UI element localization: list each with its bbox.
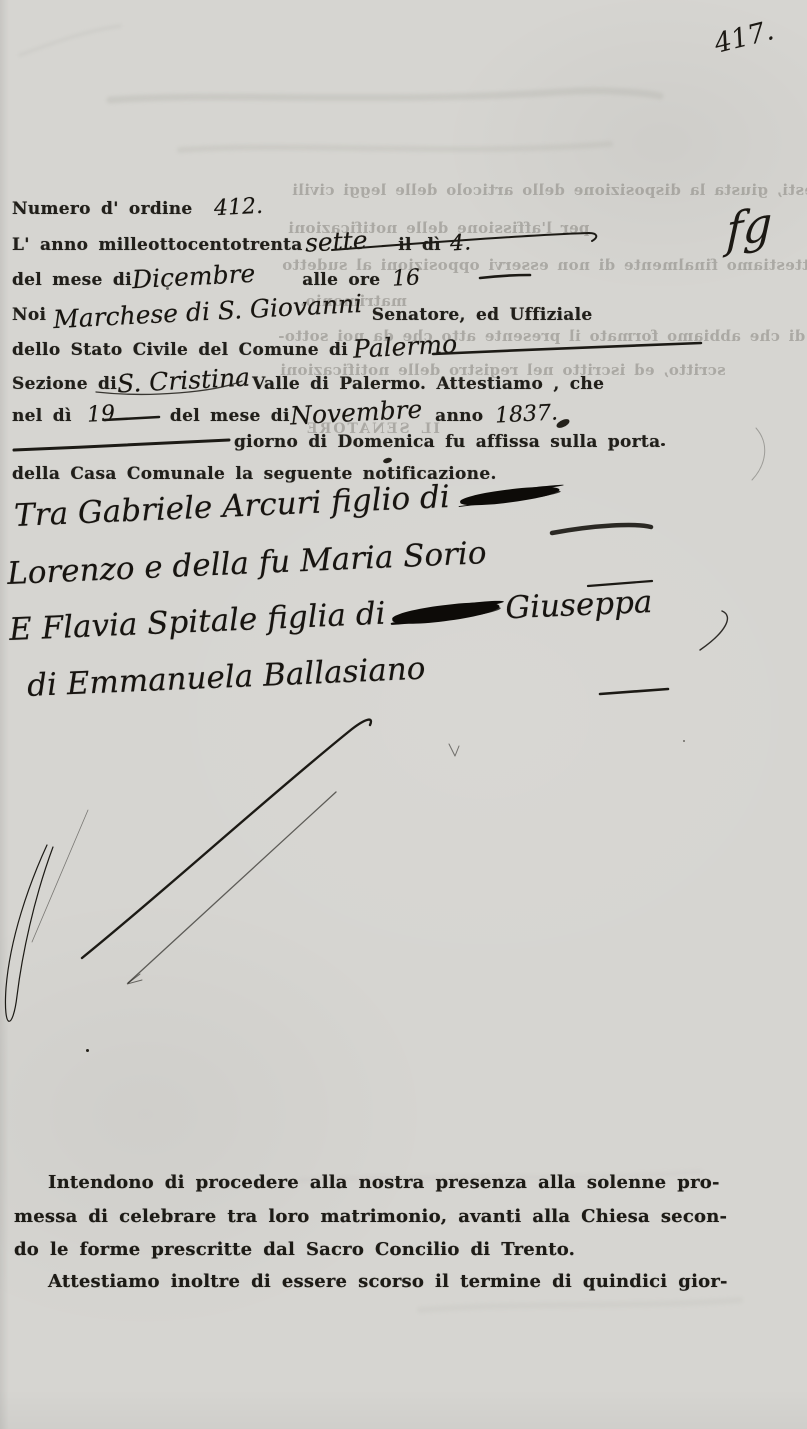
paragraph-line: Intendono di procedere alla nostra prese… xyxy=(48,1172,720,1193)
bleedthrough-line: fu richiesti, giusta la disposizione del… xyxy=(292,181,807,199)
paragraph-line: messa di celebrare tra loro matrimonio, … xyxy=(14,1206,727,1227)
handwritten-hour: 16 xyxy=(391,265,420,291)
printed-alle-ore: alle ore xyxy=(302,270,380,290)
printed-il-di: il dì xyxy=(398,235,441,255)
handwritten-text: Tra Gabriele Arcuri figlio di xyxy=(13,479,450,534)
ink-blot xyxy=(383,457,393,464)
ink-speck xyxy=(683,740,685,742)
printed-stato-civile: dello Stato Civile del Comune di xyxy=(12,340,348,360)
form-line-giorno: giorno di Domenica fu affissa sulla port… xyxy=(12,432,660,452)
page-number-handwritten: 417. xyxy=(711,15,777,60)
form-line-comune: dello Stato Civile del Comune di Palermo xyxy=(12,332,457,361)
handwritten-sezione: S. Cristina xyxy=(116,363,250,399)
scanned-document-page: fu richiesti, giusta la disposizione del… xyxy=(0,0,807,1429)
printed-sezione-di: Sezione di xyxy=(12,374,117,394)
printed-del-mese-di: del mese di xyxy=(12,270,132,290)
ink-speck xyxy=(86,1049,89,1052)
handwritten-year-affixed: 1837. xyxy=(494,400,558,428)
form-line-nel-di: nel dì 19 del mese diNovembre anno 1837. xyxy=(12,398,558,427)
handwritten-month-affixed: Novembre xyxy=(289,395,423,431)
handwritten-text: Giuseppa xyxy=(505,584,654,626)
printed-del-mese-di-2: del mese di xyxy=(170,406,290,426)
handwritten-text: E Flavia Spitale figlia di xyxy=(8,596,386,648)
ink-speck xyxy=(166,287,169,290)
ink-scribble-redaction xyxy=(391,597,500,627)
handwritten-month: Dicembre xyxy=(131,259,256,294)
ink-scribble-redaction xyxy=(459,483,560,509)
marginal-initials-handwritten: fg xyxy=(725,195,773,258)
form-line-anno: L' anno milleottocentotrentasette il dì … xyxy=(12,227,471,256)
form-line-sezione: Sezione diS. CristinaValle di Palermo. A… xyxy=(12,366,604,395)
ink-speck xyxy=(661,443,665,446)
printed-giorno-domenica: giorno di Domenica fu affissa sulla port… xyxy=(234,432,660,452)
printed-anno: L' anno milleottocentotrenta xyxy=(12,235,303,255)
printed-label-numero-ordine: Numero d' ordine xyxy=(12,199,193,219)
handwritten-day-affixed: 19 xyxy=(86,401,115,427)
handwritten-day: 4. xyxy=(449,230,471,256)
notification-line-bride-parent: di Emmanuela Ballasiano xyxy=(26,651,426,704)
paragraph-line: do le forme prescritte dal Sacro Concili… xyxy=(14,1239,575,1260)
paragraph-line: Attestiamo inoltre di essere scorso il t… xyxy=(48,1271,728,1292)
printed-nel-di: nel dì xyxy=(12,406,72,426)
handwritten-year-word: sette xyxy=(304,225,368,257)
handwritten-order-number: 412. xyxy=(213,194,263,222)
handwritten-text: di Emmanuela Ballasiano xyxy=(26,651,426,704)
printed-valle-attestiamo: Valle di Palermo. Attestiamo , che xyxy=(252,374,604,394)
handwritten-comune: Palermo xyxy=(352,329,457,363)
printed-senatore-uffiziale: Senatore, ed Uffiziale xyxy=(372,305,593,325)
printed-noi: Noi xyxy=(12,305,46,325)
printed-anno-label: anno xyxy=(435,406,483,426)
notification-line-groom-parents: Lorenzo e della fu Maria Sorio xyxy=(6,535,487,592)
handwritten-text: Lorenzo e della fu Maria Sorio xyxy=(6,535,487,592)
form-line-numero: Numero d' ordine 412. xyxy=(12,195,263,220)
form-line-mese: del mese diDicembre alle ore 16 xyxy=(12,262,420,291)
form-line-noi: Noi Marchese di S. Giovanni Senatore, ed… xyxy=(12,297,593,326)
notification-line-bride: E Flavia Spitale figlia diGiuseppa xyxy=(8,584,653,648)
